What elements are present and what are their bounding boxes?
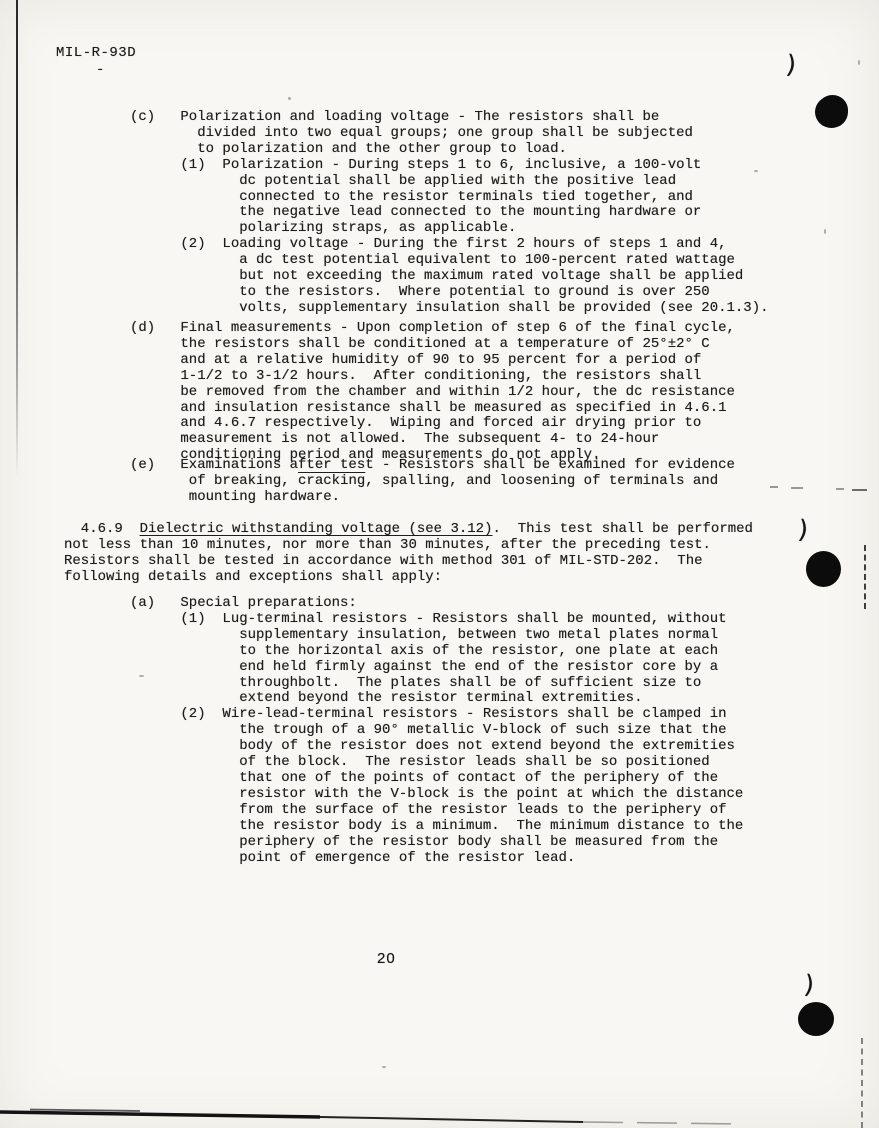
faint-dash-artifact: [836, 488, 844, 490]
scan-curl-mark-top: ): [783, 49, 801, 79]
paragraph-c-polarization-loading: (c) Polarization and loading voltage - T…: [130, 110, 769, 317]
paragraph-d-final-measurements: (d) Final measurements - Upon completion…: [130, 321, 735, 464]
faint-dash-artifact: [770, 486, 778, 488]
section-number: 4.6.9: [64, 521, 140, 537]
doc-number: MIL-R-93D: [56, 46, 136, 62]
paragraph-e-examinations: (e) Examinations after test - Resistors …: [130, 458, 735, 506]
stray-dash-artifact: -: [96, 63, 104, 79]
page-number: 20: [377, 950, 396, 967]
faint-dash-artifact: [791, 487, 803, 489]
right-edge-dash-segment-bottom: [861, 1038, 863, 1128]
left-edge-scan-line: [16, 0, 18, 478]
punch-hole-dot-bottom: [798, 1002, 834, 1036]
scan-curl-mark-middle: ): [795, 514, 813, 544]
punch-hole-dot-top: [815, 96, 848, 128]
punch-hole-dot-middle: [806, 551, 841, 587]
document-page: MIL-R-93D - (c) Polarization and loading…: [0, 0, 879, 1128]
section-heading-underlined: Dielectric withstanding voltage (see 3.1…: [140, 521, 493, 537]
paper-speck: [824, 229, 826, 234]
paper-speck: [288, 97, 291, 100]
paper-speck: [382, 1066, 386, 1068]
right-edge-dash-segment: [864, 545, 866, 609]
paragraph-a-special-preparations: (a) Special preparations: (1) Lug-termin…: [130, 596, 743, 866]
paper-speck: [858, 60, 860, 65]
paper-speck: [139, 675, 144, 677]
faint-dash-artifact: [852, 489, 867, 491]
paper-speck: [754, 170, 758, 172]
scan-curl-mark-bottom: ): [801, 969, 819, 999]
overline-word-cracking: cracking: [298, 473, 365, 489]
paragraph-469-dielectric: 4.6.9 Dielectric withstanding voltage (s…: [64, 522, 753, 586]
